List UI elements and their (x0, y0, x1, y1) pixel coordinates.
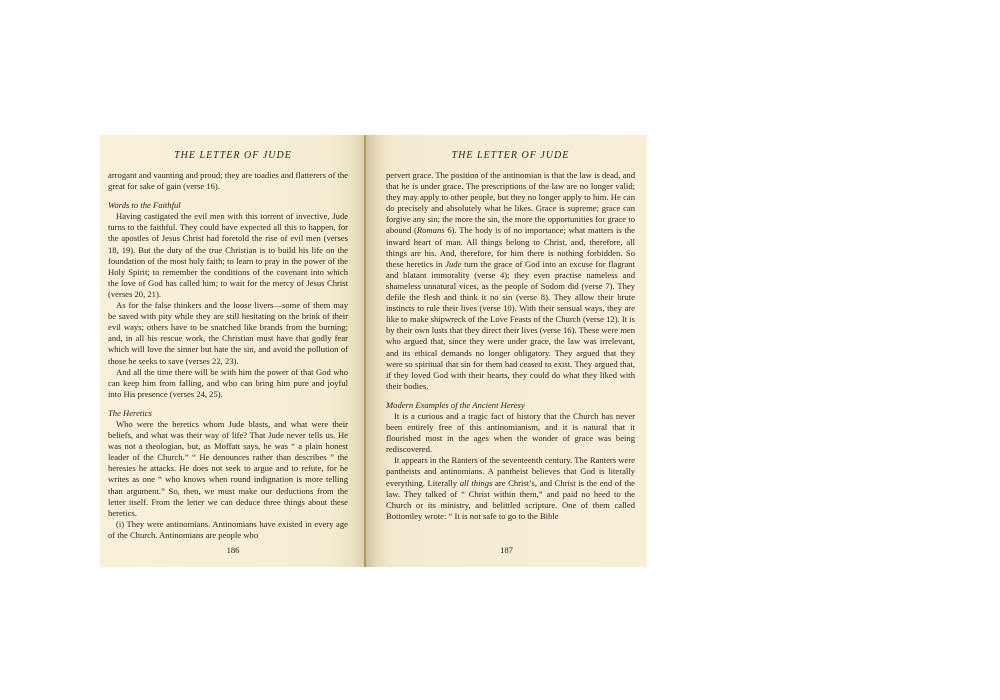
section-heading-words-to-faithful: Words to the Faithful (108, 200, 348, 211)
page-number-left: 186 (100, 545, 366, 555)
paragraph: arrogant and vaunting and proud; they ar… (108, 170, 348, 192)
paragraph: Who were the heretics whom Jude blasts, … (108, 419, 348, 519)
paragraph: pervert grace. The position of the antin… (386, 170, 635, 392)
running-head-right: THE LETTER OF JUDE (386, 150, 635, 161)
page-number-right: 187 (366, 545, 647, 555)
left-page: THE LETTER OF JUDE arrogant and vaunting… (100, 135, 366, 567)
paragraph: Having castigated the evil men with this… (108, 211, 348, 300)
paragraph: And all the time there will be with him … (108, 367, 348, 400)
section-heading-modern-examples: Modern Examples of the Ancient Heresy (386, 400, 635, 411)
right-page: THE LETTER OF JUDE pervert grace. The po… (366, 135, 647, 567)
section-heading-heretics: The Heretics (108, 408, 348, 419)
paragraph: It is a curious and a tragic fact of his… (386, 411, 635, 455)
paragraph: (i) They were antinomians. Antinomians h… (108, 519, 348, 541)
paragraph: As for the false thinkers and the loose … (108, 300, 348, 367)
paragraph: It appears in the Ranters of the sevente… (386, 455, 635, 522)
book-spread: THE LETTER OF JUDE arrogant and vaunting… (100, 135, 647, 567)
running-head-left: THE LETTER OF JUDE (108, 150, 348, 161)
